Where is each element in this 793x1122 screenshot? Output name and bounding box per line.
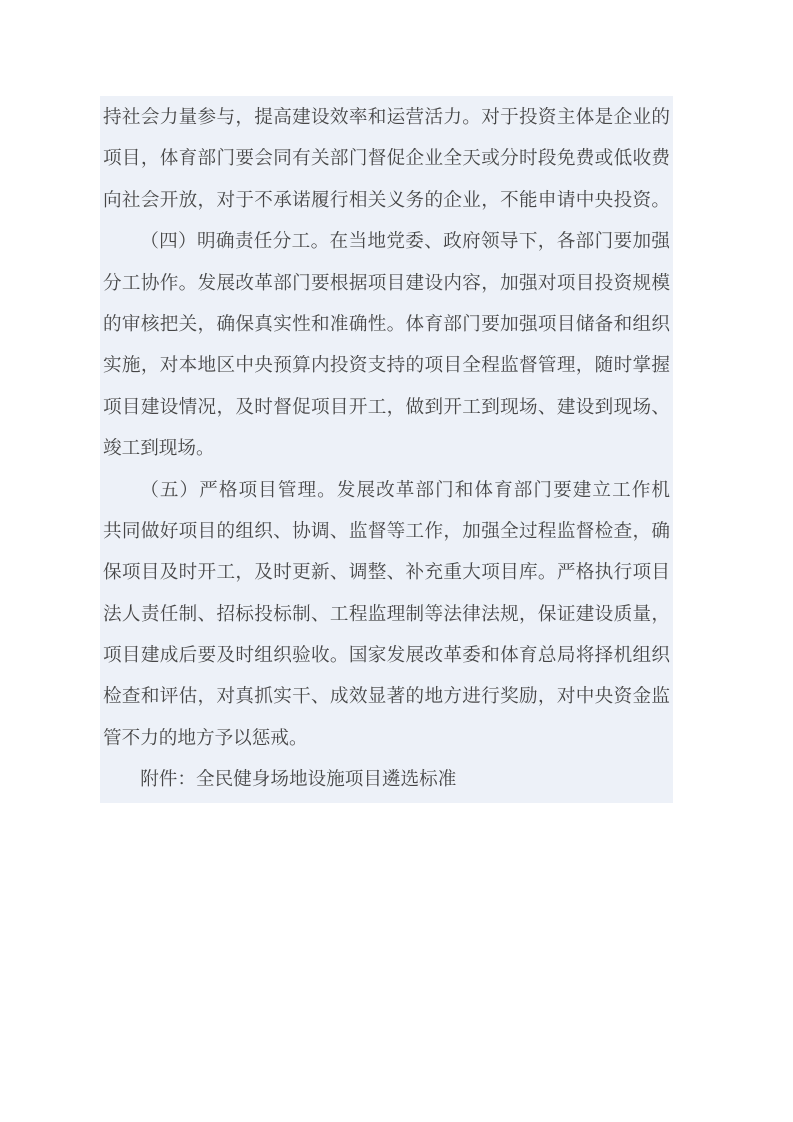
text-line: （四）明确责任分工。在当地党委、政府领导下，各部门要加强 xyxy=(100,221,673,262)
text-line: 持社会力量参与，提高建设效率和运营活力。对于投资主体是企业的 xyxy=(100,97,673,138)
text-line: 的审核把关，确保真实性和准确性。体育部门要加强项目储备和组织 xyxy=(100,304,673,345)
text-line: 项目，体育部门要会同有关部门督促企业全天或分时段免费或低收费 xyxy=(100,138,673,179)
text-line: 项目建设情况，及时督促项目开工，做到开工到现场、建设到现场、 xyxy=(100,387,673,428)
text-line: 实施，对本地区中央预算内投资支持的项目全程监督管理，随时掌握 xyxy=(100,345,673,386)
text-line: 管不力的地方予以惩戒。 xyxy=(100,718,673,759)
text-line: 项目建成后要及时组织验收。国家发展改革委和体育总局将择机组织 xyxy=(100,635,673,676)
document-page: 持社会力量参与，提高建设效率和运营活力。对于投资主体是企业的项目，体育部门要会同… xyxy=(0,0,793,1122)
text-line: 分工协作。发展改革部门要根据项目建设内容，加强对项目投资规模 xyxy=(100,263,673,304)
text-line: （五）严格项目管理。发展改革部门和体育部门要建立工作机制， xyxy=(100,470,673,511)
text-line: 法人责任制、招标投标制、工程监理制等法律法规，保证建设质量， xyxy=(100,594,673,635)
text-line: 向社会开放，对于不承诺履行相关义务的企业，不能申请中央投资。 xyxy=(100,180,673,221)
text-line: 附件：全民健身场地设施项目遴选标准 xyxy=(100,759,673,800)
text-line: 竣工到现场。 xyxy=(100,428,673,469)
text-line: 共同做好项目的组织、协调、监督等工作，加强全过程监督检查，确 xyxy=(100,511,673,552)
text-block: 持社会力量参与，提高建设效率和运营活力。对于投资主体是企业的项目，体育部门要会同… xyxy=(100,96,673,803)
text-line: 检查和评估，对真抓实干、成效显著的地方进行奖励，对中央资金监 xyxy=(100,676,673,717)
text-line: 保项目及时开工，及时更新、调整、补充重大项目库。严格执行项目 xyxy=(100,552,673,593)
